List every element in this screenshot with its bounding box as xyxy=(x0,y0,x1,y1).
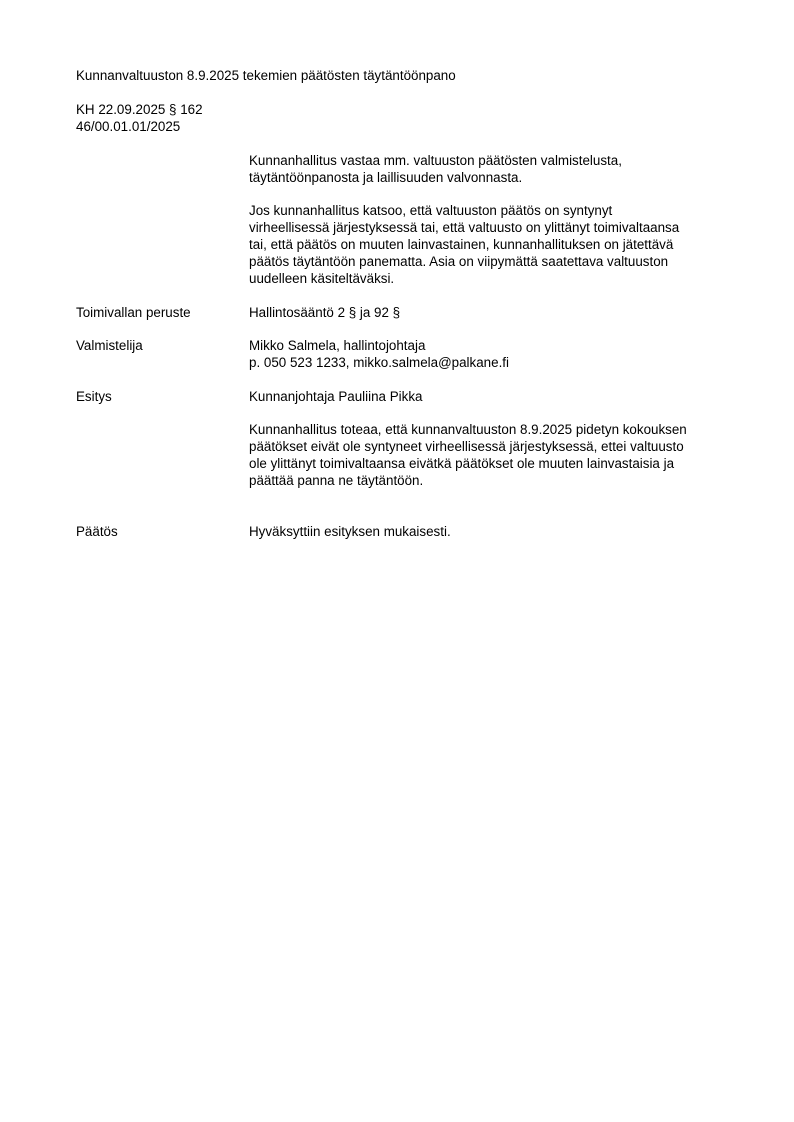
text-line: ole ylittänyt toimivaltaansa eivätkä pää… xyxy=(249,455,739,472)
text-line: Kunnanhallitus toteaa, että kunnanvaltuu… xyxy=(249,421,739,438)
document-title: Kunnanvaltuuston 8.9.2025 tekemien päätö… xyxy=(76,67,456,84)
authority-label: Toimivallan peruste xyxy=(76,304,191,321)
text-line: tai, että päätös on muuten lainvastainen… xyxy=(249,236,739,253)
text-line: päätökset eivät ole syntyneet virheellis… xyxy=(249,438,739,455)
preparer-label: Valmistelija xyxy=(76,337,143,354)
text-line: Hallintosääntö 2 § ja 92 § xyxy=(249,304,739,321)
document-page: Kunnanvaltuuston 8.9.2025 tekemien päätö… xyxy=(0,0,794,1122)
text-line: Hyväksyttiin esityksen mukaisesti. xyxy=(249,523,739,540)
intro-paragraph-2: Jos kunnanhallitus katsoo, että valtuust… xyxy=(249,202,739,287)
preparer-contact: p. 050 523 1233, mikko.salmela@palkane.f… xyxy=(249,354,739,371)
decision-label: Päätös xyxy=(76,523,118,540)
text-line: virheellisessä järjestyksessä tai, että … xyxy=(249,219,739,236)
text-line: Jos kunnanhallitus katsoo, että valtuust… xyxy=(249,202,739,219)
case-number: 46/00.01.01/2025 xyxy=(76,118,180,135)
text-line: päättää panna ne täytäntöön. xyxy=(249,472,739,489)
intro-paragraph-1: Kunnanhallitus vastaa mm. valtuuston pää… xyxy=(249,152,739,186)
text-line: Kunnanhallitus vastaa mm. valtuuston pää… xyxy=(249,152,739,169)
proposal-label: Esitys xyxy=(76,388,112,405)
authority-value: Hallintosääntö 2 § ja 92 § xyxy=(249,304,739,321)
text-line: täytäntöönpanosta ja laillisuuden valvon… xyxy=(249,169,739,186)
text-line: uudelleen käsiteltäväksi. xyxy=(249,270,739,287)
meeting-reference: KH 22.09.2025 § 162 xyxy=(76,101,203,118)
preparer-name: Mikko Salmela, hallintojohtaja xyxy=(249,337,739,354)
proposal-text: Kunnanhallitus toteaa, että kunnanvaltuu… xyxy=(249,421,739,489)
decision-value: Hyväksyttiin esityksen mukaisesti. xyxy=(249,523,739,540)
proposal-presenter: Kunnanjohtaja Pauliina Pikka xyxy=(249,388,739,405)
preparer-value: Mikko Salmela, hallintojohtaja p. 050 52… xyxy=(249,337,739,371)
text-line: Kunnanjohtaja Pauliina Pikka xyxy=(249,388,739,405)
text-line: päätös täytäntöön panematta. Asia on vii… xyxy=(249,253,739,270)
